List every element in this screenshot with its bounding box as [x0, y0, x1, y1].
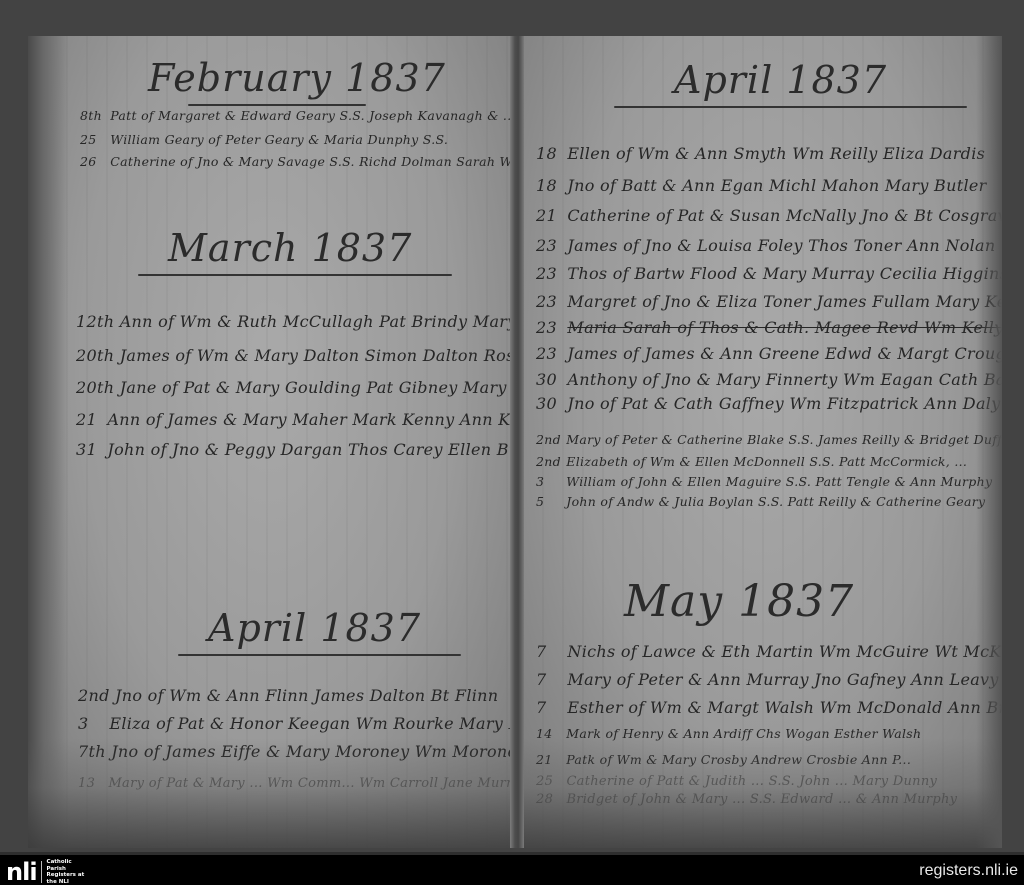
section-heading-february: February 1837	[148, 56, 446, 100]
section-heading-april: April 1837	[208, 606, 421, 650]
right-page: April 1837 18 Ellen of Wm & Ann Smyth Wm…	[524, 36, 1002, 848]
register-entry: 25 William Geary of Peter Geary & Maria …	[80, 132, 448, 147]
footer-bar: nli Catholic Parish Registers at the NLI…	[0, 852, 1024, 885]
register-entry: 2nd Mary of Peter & Catherine Blake S.S.…	[536, 432, 1002, 447]
nli-logo-mark: nli	[6, 860, 37, 884]
register-entry: 3 Eliza of Pat & Honor Keegan Wm Rourke …	[78, 714, 510, 733]
register-entry: 20th James of Wm & Mary Dalton Simon Dal…	[76, 346, 510, 365]
register-entry: 31 John of Jno & Peggy Dargan Thos Carey…	[76, 440, 510, 459]
left-page: February 1837 8th Patt of Margaret & Edw…	[28, 36, 510, 848]
register-entry: 12th Ann of Wm & Ruth McCullagh Pat Brin…	[76, 312, 510, 331]
register-entry: 23 Thos of Bartw Flood & Mary Murray Cec…	[536, 264, 1002, 283]
section-heading-may: May 1837	[624, 576, 854, 627]
register-entry: 3 William of John & Ellen Maguire S.S. P…	[536, 474, 992, 489]
register-entry: 2nd Elizabeth of Wm & Ellen McDonnell S.…	[536, 454, 967, 469]
register-entry: 23 Margret of Jno & Eliza Toner James Fu…	[536, 292, 1002, 311]
register-entry: 8th Patt of Margaret & Edward Geary S.S.…	[80, 108, 510, 123]
nli-logo-text: Catholic Parish Registers at the NLI	[47, 859, 87, 885]
register-entry: 7 Esther of Wm & Margt Walsh Wm McDonald…	[536, 698, 1002, 717]
register-entry: 7 Nichs of Lawce & Eth Martin Wm McGuire…	[536, 642, 1002, 661]
register-entry: 18 Jno of Batt & Ann Egan Michl Mahon Ma…	[536, 176, 987, 195]
register-entry: 23 James of James & Ann Greene Edwd & Ma…	[536, 344, 1002, 363]
register-entry: 23 James of Jno & Louisa Foley Thos Tone…	[536, 236, 996, 255]
register-entry: 30 Anthony of Jno & Mary Finnerty Wm Eag…	[536, 370, 1002, 389]
register-entry: 21 Catherine of Pat & Susan McNally Jno …	[536, 206, 1002, 225]
register-entry: 5 John of Andw & Julia Boylan S.S. Patt …	[536, 494, 985, 509]
register-entry: 26 Catherine of Jno & Mary Savage S.S. R…	[80, 154, 510, 169]
registers-site-link[interactable]: registers.nli.ie	[919, 862, 1018, 880]
register-entry: 30 Jno of Pat & Cath Gaffney Wm Fitzpatr…	[536, 394, 1001, 413]
image-viewer[interactable]: February 1837 8th Patt of Margaret & Edw…	[0, 0, 1024, 852]
section-heading-march: March 1837	[168, 226, 412, 270]
nli-logo[interactable]: nli Catholic Parish Registers at the NLI	[6, 860, 87, 884]
register-entry: 20th Jane of Pat & Mary Goulding Pat Gib…	[76, 378, 510, 397]
register-entry: 2nd Jno of Wm & Ann Flinn James Dalton B…	[78, 686, 498, 705]
register-entry: 23 Maria Sarah of Thos & Cath. Magee Rev…	[536, 318, 1002, 337]
register-entry: 18 Ellen of Wm & Ann Smyth Wm Reilly Eli…	[536, 144, 985, 163]
section-heading-april: April 1837	[674, 58, 887, 102]
register-entry: 21 Ann of James & Mary Maher Mark Kenny …	[76, 410, 510, 429]
register-book-scan: February 1837 8th Patt of Margaret & Edw…	[28, 36, 1008, 848]
register-entry: 7 Mary of Peter & Ann Murray Jno Gafney …	[536, 670, 999, 689]
book-spine	[510, 36, 524, 848]
logo-divider	[41, 861, 42, 883]
